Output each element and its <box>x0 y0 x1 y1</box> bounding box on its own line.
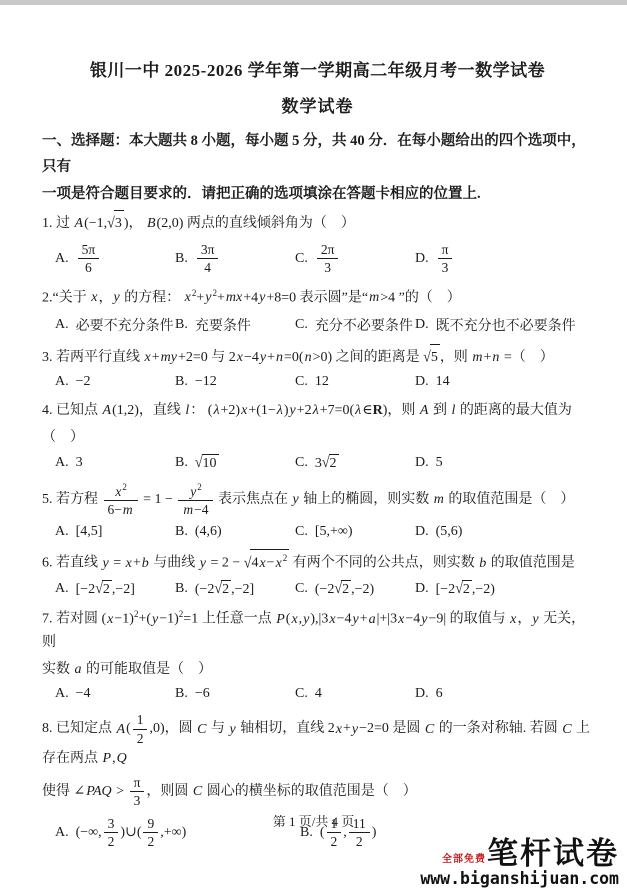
question-6-options: A.[−2√2,−2]B.(−2√2,−2]C.(−2√2,−2)D.[−2√2… <box>42 580 593 598</box>
question-1-option-D: D.π3 <box>415 241 593 277</box>
option-content: 5 <box>436 455 443 471</box>
question-1: 1. 过 A(−1,√3)， B(2,0) 两点的直线倾斜角为（ ）A.5π6B… <box>42 210 593 277</box>
question-5-options: A.[4,5]B.(4,6)C.[5,+∞)D.(5,6) <box>42 524 593 540</box>
option-content: −2 <box>76 374 91 390</box>
question-7: 7. 若对圆 (x−1)2+(y−1)2=1 上任意一点 P(x,y),|3x−… <box>42 607 593 702</box>
watermark-url: www.biganshijuan.com <box>420 870 619 888</box>
watermark-logo: 全部免费 笔杆试卷 www.biganshijuan.com <box>420 838 619 888</box>
option-label: C. <box>295 374 308 390</box>
option-label: C. <box>295 524 308 540</box>
scan-edge-strip <box>0 0 627 5</box>
exam-page: 银川一中 2025-2026 学年第一学期高二年级月考一数学试卷 数学试卷 一、… <box>0 0 627 851</box>
option-label: B. <box>175 686 188 702</box>
question-5-option-D: D.(5,6) <box>415 524 593 540</box>
option-content: 12 <box>315 374 329 390</box>
option-label: B. <box>175 251 188 267</box>
option-content: 14 <box>436 374 450 390</box>
exam-title: 银川一中 2025-2026 学年第一学期高二年级月考一数学试卷 <box>42 56 593 81</box>
option-content: √10 <box>195 454 219 472</box>
option-label: C. <box>295 581 308 597</box>
option-label: A. <box>55 317 69 333</box>
question-7-option-B: B.−6 <box>175 686 295 702</box>
option-content: 3√2 <box>315 454 339 472</box>
option-label: A. <box>55 455 69 471</box>
option-label: A. <box>55 374 69 390</box>
option-label: C. <box>295 686 308 702</box>
question-2-option-A: A.必要不充分条件 <box>55 315 175 335</box>
option-content: π3 <box>436 241 455 277</box>
option-content: [4,5] <box>76 524 103 540</box>
option-content: −6 <box>195 686 210 702</box>
option-content: (5,6) <box>436 524 463 540</box>
option-content: (−2√2,−2) <box>315 580 374 598</box>
watermark-free-tag: 全部免费 <box>442 850 486 865</box>
question-4-options: A.3B.√10C.3√2D.5 <box>42 454 593 472</box>
question-3-option-D: D.14 <box>415 374 593 390</box>
option-label: B. <box>175 455 188 471</box>
option-label: D. <box>415 686 429 702</box>
option-content: [5,+∞) <box>315 524 353 540</box>
question-1-stem: 1. 过 A(−1,√3)， B(2,0) 两点的直线倾斜角为（ ） <box>42 210 593 236</box>
option-content: 充分不必要条件 <box>315 315 413 335</box>
option-label: D. <box>415 317 429 333</box>
option-label: D. <box>415 455 429 471</box>
watermark-brand-name: 笔杆试卷 <box>487 838 619 869</box>
option-content: 6 <box>436 686 443 702</box>
question-2-options: A.必要不充分条件B.充要条件C.充分不必要条件D.既不充分也不必要条件 <box>42 315 593 335</box>
option-label: B. <box>175 317 188 333</box>
question-3: 3. 若两平行直线 x+my+2=0 与 2x−4y+n=0(n>0) 之间的距… <box>42 344 593 391</box>
question-7-stem-line2: 实数 a 的可能取值是（ ） <box>42 658 593 682</box>
option-content: [−2√2,−2) <box>436 580 495 598</box>
question-2-option-C: C.充分不必要条件 <box>295 315 415 335</box>
option-label: C. <box>295 317 308 333</box>
question-7-stem: 7. 若对圆 (x−1)2+(y−1)2=1 上任意一点 P(x,y),|3x−… <box>42 607 593 655</box>
option-content: (−2√2,−2] <box>195 580 254 598</box>
question-6-option-A: A.[−2√2,−2] <box>55 580 175 598</box>
question-6: 6. 若直线 y = x+b 与曲线 y = 2 − √4x−x2 有两个不同的… <box>42 549 593 598</box>
question-1-option-C: C.2π3 <box>295 241 415 277</box>
option-content: −12 <box>195 374 217 390</box>
question-7-option-A: A.−4 <box>55 686 175 702</box>
question-4-stem-line2: （ ） <box>42 426 593 450</box>
option-content: 4 <box>315 686 322 702</box>
question-5: 5. 若方程 x26−m = 1 − y2m−4 表示焦点在 y 轴上的椭圆，则… <box>42 481 593 540</box>
question-5-option-B: B.(4,6) <box>175 524 295 540</box>
question-4-option-B: B.√10 <box>175 454 295 472</box>
section-instructions-line2: 一项是符合题目要求的．请把正确的选项填涂在答题卡相应的位置上. <box>42 181 593 207</box>
option-label: D. <box>415 524 429 540</box>
question-6-option-B: B.(−2√2,−2] <box>175 580 295 598</box>
question-7-options: A.−4B.−6C.4D.6 <box>42 686 593 702</box>
page-number: 第 1 页/共 4 页 <box>0 811 627 830</box>
question-5-stem: 5. 若方程 x26−m = 1 − y2m−4 表示焦点在 y 轴上的椭圆，则… <box>42 481 593 519</box>
option-content: [−2√2,−2] <box>76 580 135 598</box>
question-6-stem: 6. 若直线 y = x+b 与曲线 y = 2 − √4x−x2 有两个不同的… <box>42 549 593 575</box>
section-instructions-line1: 一、选择题：本大题共 8 小题，每小题 5 分，共 40 分．在每小题给出的四个… <box>42 128 593 181</box>
option-content: 3π4 <box>195 241 221 277</box>
question-7-option-D: D.6 <box>415 686 593 702</box>
question-2-stem: 2.“关于 x，y 的方程： x2+y2+mx+4y+8=0 表示圆”是“m>4… <box>42 286 593 310</box>
question-3-stem: 3. 若两平行直线 x+my+2=0 与 2x−4y+n=0(n>0) 之间的距… <box>42 344 593 370</box>
exam-subtitle: 数学试卷 <box>42 92 593 117</box>
option-content: 3 <box>76 455 83 471</box>
option-label: A. <box>55 524 69 540</box>
question-3-option-A: A.−2 <box>55 374 175 390</box>
option-label: A. <box>55 251 69 267</box>
question-4-option-C: C.3√2 <box>295 454 415 472</box>
option-label: B. <box>175 374 188 390</box>
question-8-stem-line2: 使得 ∠PAQ > π3，则圆 C 圆心的横坐标的取值范围是（ ） <box>42 774 593 810</box>
question-2-option-D: D.既不充分也不必要条件 <box>415 315 593 335</box>
question-2-option-B: B.充要条件 <box>175 315 295 335</box>
question-6-option-D: D.[−2√2,−2) <box>415 580 593 598</box>
watermark-brand-row: 全部免费 笔杆试卷 <box>420 838 619 869</box>
question-4-option-A: A.3 <box>55 455 175 471</box>
question-6-option-C: C.(−2√2,−2) <box>295 580 415 598</box>
option-content: 5π6 <box>76 241 102 277</box>
option-content: 既不充分也不必要条件 <box>436 315 576 335</box>
option-label: D. <box>415 581 429 597</box>
option-label: B. <box>175 524 188 540</box>
option-label: C. <box>295 251 308 267</box>
question-3-options: A.−2B.−12C.12D.14 <box>42 374 593 390</box>
option-content: 充要条件 <box>195 315 251 335</box>
option-label: A. <box>55 581 69 597</box>
option-label: B. <box>175 581 188 597</box>
option-label: D. <box>415 251 429 267</box>
section-instructions: 一、选择题：本大题共 8 小题，每小题 5 分，共 40 分．在每小题给出的四个… <box>42 128 593 207</box>
question-1-option-B: B.3π4 <box>175 241 295 277</box>
question-4: 4. 已知点 A(1,2)，直线 l： (λ+2)x+(1−λ)y+2λ+7=0… <box>42 399 593 472</box>
option-content: −4 <box>76 686 91 702</box>
option-label: D. <box>415 374 429 390</box>
question-7-option-C: C.4 <box>295 686 415 702</box>
question-1-options: A.5π6B.3π4C.2π3D.π3 <box>42 241 593 277</box>
option-label: C. <box>295 455 308 471</box>
question-2: 2.“关于 x，y 的方程： x2+y2+mx+4y+8=0 表示圆”是“m>4… <box>42 286 593 335</box>
questions: 1. 过 A(−1,√3)， B(2,0) 两点的直线倾斜角为（ ）A.5π6B… <box>42 210 593 851</box>
question-5-option-C: C.[5,+∞) <box>295 524 415 540</box>
question-4-option-D: D.5 <box>415 455 593 471</box>
option-content: 2π3 <box>315 241 341 277</box>
question-3-option-B: B.−12 <box>175 374 295 390</box>
option-label: A. <box>55 686 69 702</box>
question-1-option-A: A.5π6 <box>55 241 175 277</box>
option-content: 必要不充分条件 <box>76 315 174 335</box>
question-4-stem: 4. 已知点 A(1,2)，直线 l： (λ+2)x+(1−λ)y+2λ+7=0… <box>42 399 593 423</box>
question-5-option-A: A.[4,5] <box>55 524 175 540</box>
option-content: (4,6) <box>195 524 222 540</box>
question-8-stem: 8. 已知定点 A(12,0)，圆 C 与 y 轴相切，直线 2x+y−2=0 … <box>42 711 593 771</box>
question-3-option-C: C.12 <box>295 374 415 390</box>
